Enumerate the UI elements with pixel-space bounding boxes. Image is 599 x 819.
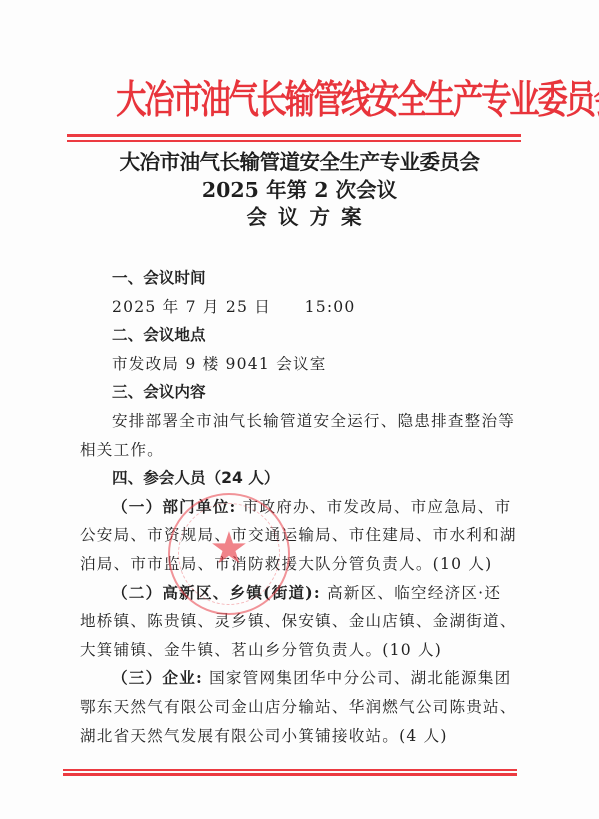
masthead-rule-thin xyxy=(67,140,521,142)
attendee-line: 泊局、市市监局、市消防救援大队分管负责人。(10 人) xyxy=(80,550,522,579)
attendee-line: 大箕铺镇、金牛镇、茗山乡分管负责人。(10 人) xyxy=(80,636,522,665)
section-heading-content: 三、会议内容 xyxy=(80,378,522,407)
section-heading-time: 一、会议时间 xyxy=(80,264,522,293)
masthead-title: 大冶市油气长输管线安全生产专业委员会 xyxy=(116,72,472,128)
attendee-line: 地桥镇、陈贵镇、灵乡镇、保安镇、金山店镇、金湖街道、 xyxy=(80,607,522,636)
attendee-group-enterprises: （三）企业: 国家管网集团华中分公司、湖北能源集团 xyxy=(80,664,522,693)
attendee-line: 鄂东天然气有限公司金山店分输站、华润燃气公司陈贵站、 xyxy=(80,693,522,722)
document-title-line1: 大冶市油气长输管道安全生产专业委员会 xyxy=(0,148,599,176)
section-heading-location: 二、会议地点 xyxy=(80,321,522,350)
group-text: 市政府办、市发改局、市应急局、市 xyxy=(237,498,512,516)
document-body: 一、会议时间 2025 年 7 月 25 日 15:00 二、会议地点 市发改局… xyxy=(80,264,522,750)
group-label: （三）企业: xyxy=(112,668,203,687)
meeting-location: 市发改局 9 楼 9041 会议室 xyxy=(80,350,522,379)
group-text: 国家管网集团华中分公司、湖北能源集团 xyxy=(203,669,511,687)
attendee-group-towns: （二）高新区、乡镇(街道): 高新区、临空经济区·还 xyxy=(80,579,522,608)
meeting-time: 2025 年 7 月 25 日 15:00 xyxy=(80,293,522,322)
group-label: （一）部门单位: xyxy=(112,497,237,516)
meeting-content-line: 安排部署全市油气长输管道安全运行、隐患排查整治等 xyxy=(80,407,522,436)
attendee-line: 公安局、市资规局、市交通运输局、市住建局、市水利和湖 xyxy=(80,521,522,550)
footer-rule-thick xyxy=(63,773,517,776)
attendee-line: 湖北省天然气发展有限公司小箕铺接收站。(4 人) xyxy=(80,722,522,751)
attendee-group-departments: （一）部门单位: 市政府办、市发改局、市应急局、市 xyxy=(80,493,522,522)
group-label: （二）高新区、乡镇(街道): xyxy=(112,583,321,602)
section-heading-attendees: 四、参会人员（24 人） xyxy=(80,464,522,493)
masthead-rule-thick xyxy=(67,134,521,137)
group-text: 高新区、临空经济区·还 xyxy=(321,584,501,602)
document-title-line2: 2025 年第 2 次会议 xyxy=(0,176,599,204)
footer-rule-thin xyxy=(63,769,517,771)
meeting-content-line: 相关工作。 xyxy=(80,436,522,465)
document-title-line3: 会议方案 xyxy=(0,203,599,231)
